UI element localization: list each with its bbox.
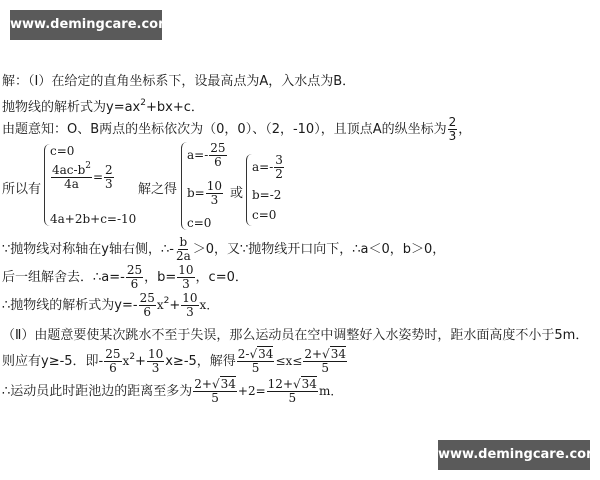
variable-x: x [157,298,164,312]
fraction: 256 [209,142,226,169]
plus: + [135,354,146,369]
num-prefix: 12+ [268,377,293,391]
system-row-1: c=0 [50,144,74,158]
line3-text: 由题意知：O、B两点的坐标依次为（0，0）、（2，-10），且顶点A的纵坐标为 [2,122,447,137]
fraction-num: b [178,236,188,250]
solution-line-2: 抛物线的解析式为y=ax2+bx+c． [2,96,204,115]
fraction-num: 10 [147,348,164,362]
equals: = [93,170,103,184]
line6-mid: ，b= [144,270,176,285]
solution-line-5: ∵抛物线对称轴在y轴右侧，∴-b2a＞0，又∵抛物线开口向下，∴a＜0，b＞0， [2,236,445,263]
line9-text: 则应有y≥-5．即- [2,354,103,369]
fraction-num: 2 [448,116,458,130]
fraction-num: 25 [126,264,143,278]
line2-text: 抛物线的解析式为y=ax [2,100,140,115]
solution-line-10: ∴运动员此时距池边的距离至多为2+√345+2=12+√345m． [2,378,342,405]
solution-line-3: 由题意知：O、B两点的坐标依次为（0，0）、（2，-10），且顶点A的纵坐标为2… [2,116,471,143]
fraction-den: 5 [287,392,297,405]
fraction-num: 10 [206,180,223,194]
fraction-den: 3 [104,178,114,191]
line2-rest: +bx+c． [146,100,204,115]
solution-2-c: c=0 [252,208,276,222]
line10-mid: +2= [238,384,266,398]
plus: + [169,298,180,313]
system-row-3: 4a+2b+c=-10 [50,212,136,226]
fraction-den: 5 [320,362,330,375]
fraction: 256 [126,264,143,291]
fraction: 2+√345 [193,378,237,405]
fraction: 256 [139,292,156,319]
fraction-den: 4a [63,178,80,191]
watermark-top: www.demingcare.com [10,10,162,40]
fraction-num: 25 [139,292,156,306]
fraction: 4ac-b24a [51,164,92,191]
fraction: 103 [147,348,164,375]
fraction-num: 10 [177,264,194,278]
row2-num: 4ac-b [52,163,85,177]
fraction-num: 4ac-b2 [51,164,92,178]
watermark-bottom: www.demingcare.com [438,440,590,470]
sqrt-value: 34 [257,346,273,361]
fraction-num: 2+√34 [303,348,347,362]
solution-1-b: b=103 [187,180,224,207]
solution-line-6: 后一组解舍去．∴a=-256，b=103，c=0． [2,264,248,291]
solution-line-8: （Ⅱ）由题意要使某次跳水不至于失误，那么运动员在空中调整好入水姿势时，距水面高度… [2,324,588,343]
fraction-num: 12+√34 [267,378,318,392]
fraction: 103 [206,180,223,207]
fraction: 103 [181,292,198,319]
fraction-num: 25 [104,348,121,362]
line6-text: 后一组解舍去．∴a=- [2,270,125,285]
fraction: 12+√345 [267,378,318,405]
solution-line-7: ∴抛物线的解析式为y=-256x2+103x． [2,292,218,319]
line10-end: m． [319,384,342,398]
fraction-den: 6 [130,278,140,291]
fraction: 256 [104,348,121,375]
solution-line-1: 解：（Ⅰ）在给定的直角坐标系下，设最高点为A，入水点为B． [2,70,355,89]
fraction-den: 5 [210,392,220,405]
fraction: 23 [104,164,114,191]
sol1-a-prefix: a=- [187,148,208,162]
system-label: 所以有 [2,178,41,197]
line7-end: x． [200,298,219,312]
fraction-den: 6 [108,362,118,375]
fraction-den: 6 [142,306,152,319]
fraction: 2-√345 [237,348,275,375]
fraction-den: 6 [213,156,223,169]
num-prefix: 2+ [194,377,212,391]
fraction-den: 5 [251,362,261,375]
num-prefix: 2- [238,347,250,361]
num-prefix: 2+ [304,347,322,361]
sol2-a-prefix: a=- [252,160,273,174]
fraction-den: 2a [175,250,192,263]
solution-1-c: c=0 [187,216,211,230]
sol1-b-prefix: b= [187,186,205,200]
system-row-2: 4ac-b24a=23 [50,164,115,191]
solution-line-9: 则应有y≥-5．即-256x2+103x≥-5，解得2-√345≤x≤2+√34… [2,348,348,375]
sqrt-value: 34 [301,376,317,391]
line10-text: ∴运动员此时距池边的距离至多为 [2,384,192,399]
fraction-den: 2 [274,168,284,181]
fraction: 23 [448,116,458,143]
line9-mid: x≥-5，解得 [165,354,236,369]
fraction-den: 3 [181,278,191,291]
solution-2-a: a=-32 [252,154,285,181]
fraction-den: 3 [210,194,220,207]
fraction: 2+√345 [303,348,347,375]
fraction-num: 10 [181,292,198,306]
solution-2-b: b=-2 [252,188,281,202]
line5-text: ∵抛物线对称轴在y轴右侧，∴- [2,242,174,257]
row2-exp: 2 [85,161,91,171]
line8-text: （Ⅱ）由题意要使某次跳水不至于失误，那么运动员在空中调整好入水姿势时，距水面高度… [2,328,588,343]
line1-text: 解：（Ⅰ）在给定的直角坐标系下，设最高点为A，入水点为B． [2,74,355,89]
equation-system: 所以有 c=0 4ac-b24a=23 4a+2b+c=-10 解之得 a=-2… [0,140,600,235]
solve-label: 解之得 [138,178,177,197]
inequality: ≤x≤ [275,354,302,368]
fraction: 32 [274,154,284,181]
fraction: b2a [175,236,192,263]
fraction: 103 [177,264,194,291]
fraction-den: 3 [185,306,195,319]
sqrt-value: 34 [330,346,346,361]
fraction-num: 25 [209,142,226,156]
fraction-num: 2+√34 [193,378,237,392]
or-label: 或 [230,182,243,201]
fraction-den: 3 [151,362,161,375]
line5-rest: ＞0，又∵抛物线开口向下，∴a＜0，b＞0， [193,242,446,257]
line6-end: ，c=0． [196,270,248,285]
fraction-num: 3 [274,154,284,168]
fraction-num: 2 [104,164,114,178]
solution-1-a: a=-256 [187,142,228,169]
sqrt-value: 34 [220,376,236,391]
line3-end: ， [458,122,471,137]
fraction-num: 2-√34 [237,348,275,362]
line7-text: ∴抛物线的解析式为y=- [2,298,138,313]
